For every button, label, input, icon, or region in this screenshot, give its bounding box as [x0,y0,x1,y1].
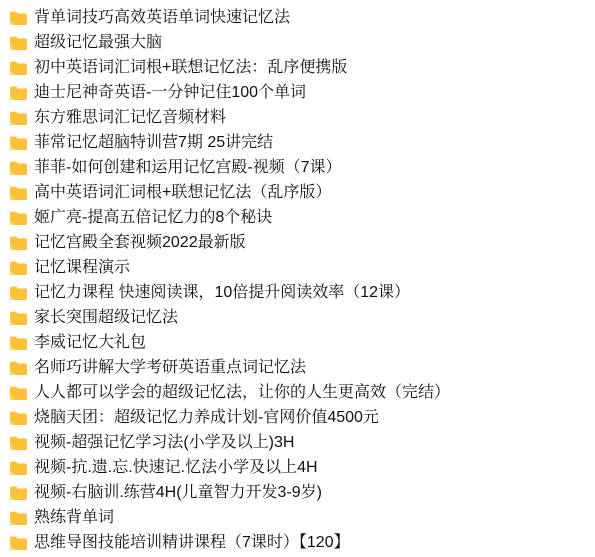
folder-row[interactable]: 记忆力课程 快速阅读课，10倍提升阅读效率（12课） [10,280,595,305]
folder-row[interactable]: 菲常记忆超脑特训营7期 25讲完结 [10,130,595,155]
folder-icon [10,161,27,175]
folder-icon [10,311,27,325]
folder-icon [10,361,27,375]
folder-name[interactable]: 人人都可以学会的超级记忆法，让你的人生更高效（完结） [34,380,450,405]
folder-icon [10,211,27,225]
folder-list: 背单词技巧高效英语单词快速记忆法 超级记忆最强大脑 初中英语词汇词根+联想记忆法… [0,0,595,555]
folder-name[interactable]: 超级记忆最强大脑 [34,30,162,55]
folder-name[interactable]: 视频-右脑训.练营4H(儿童智力开发3-9岁) [34,480,322,505]
folder-name[interactable]: 视频-超强记忆学习法(小学及以上)3H [34,430,294,455]
folder-icon [10,261,27,275]
folder-row[interactable]: 视频-右脑训.练营4H(儿童智力开发3-9岁) [10,480,595,505]
folder-row[interactable]: 记忆宫殿全套视频2022最新版 [10,230,595,255]
folder-name[interactable]: 菲菲-如何创建和运用记忆宫殿-视频（7课） [34,155,342,180]
folder-row[interactable]: 视频-超强记忆学习法(小学及以上)3H [10,430,595,455]
folder-row[interactable]: 迪士尼神奇英语-一分钟记住100个单词 [10,80,595,105]
folder-row[interactable]: 李威记忆大礼包 [10,330,595,355]
folder-row[interactable]: 超级记忆最强大脑 [10,30,595,55]
folder-name[interactable]: 记忆课程演示 [34,255,130,280]
folder-icon [10,236,27,250]
folder-icon [10,486,27,500]
folder-row[interactable]: 人人都可以学会的超级记忆法，让你的人生更高效（完结） [10,380,595,405]
folder-row[interactable]: 东方雅思词汇记忆音频材料 [10,105,595,130]
folder-icon [10,411,27,425]
folder-name[interactable]: 名师巧讲解大学考研英语重点词记忆法 [34,355,306,380]
folder-icon [10,36,27,50]
folder-name[interactable]: 背单词技巧高效英语单词快速记忆法 [34,5,290,30]
folder-row[interactable]: 熟练背单词 [10,505,595,530]
folder-name[interactable]: 迪士尼神奇英语-一分钟记住100个单词 [34,80,306,105]
folder-name[interactable]: 家长突围超级记忆法 [34,305,178,330]
folder-icon [10,11,27,25]
folder-row[interactable]: 菲菲-如何创建和运用记忆宫殿-视频（7课） [10,155,595,180]
folder-row[interactable]: 高中英语词汇词根+联想记忆法（乱序版） [10,180,595,205]
folder-name[interactable]: 熟练背单词 [34,505,114,530]
folder-name[interactable]: 高中英语词汇词根+联想记忆法（乱序版） [34,180,331,205]
folder-row[interactable]: 名师巧讲解大学考研英语重点词记忆法 [10,355,595,380]
folder-name[interactable]: 姬广亮-提高五倍记忆力的8个秘诀 [34,205,272,230]
folder-icon [10,436,27,450]
folder-row[interactable]: 视频-抗.遗.忘.快速记.忆法小学及以上4H [10,455,595,480]
folder-icon [10,86,27,100]
folder-icon [10,136,27,150]
folder-name[interactable]: 记忆力课程 快速阅读课，10倍提升阅读效率（12课） [34,280,410,305]
folder-icon [10,336,27,350]
folder-row[interactable]: 记忆课程演示 [10,255,595,280]
folder-row[interactable]: 背单词技巧高效英语单词快速记忆法 [10,5,595,30]
folder-row[interactable]: 姬广亮-提高五倍记忆力的8个秘诀 [10,205,595,230]
folder-icon [10,461,27,475]
folder-name[interactable]: 初中英语词汇词根+联想记忆法：乱序便携版 [34,55,347,80]
folder-name[interactable]: 记忆宫殿全套视频2022最新版 [34,230,246,255]
folder-icon [10,511,27,525]
folder-row[interactable]: 家长突围超级记忆法 [10,305,595,330]
folder-name[interactable]: 李威记忆大礼包 [34,330,146,355]
folder-icon [10,536,27,550]
folder-icon [10,286,27,300]
folder-name[interactable]: 视频-抗.遗.忘.快速记.忆法小学及以上4H [34,455,318,480]
folder-name[interactable]: 思维导图技能培训精讲课程（7课时）【120】 [34,530,350,555]
folder-icon [10,61,27,75]
folder-name[interactable]: 东方雅思词汇记忆音频材料 [34,105,226,130]
folder-name[interactable]: 菲常记忆超脑特训营7期 25讲完结 [34,130,273,155]
folder-icon [10,386,27,400]
folder-row[interactable]: 初中英语词汇词根+联想记忆法：乱序便携版 [10,55,595,80]
folder-row[interactable]: 思维导图技能培训精讲课程（7课时）【120】 [10,530,595,555]
folder-icon [10,186,27,200]
folder-name[interactable]: 烧脑天团：超级记忆力养成计划-官网价值4500元 [34,405,379,430]
folder-row[interactable]: 烧脑天团：超级记忆力养成计划-官网价值4500元 [10,405,595,430]
folder-icon [10,111,27,125]
